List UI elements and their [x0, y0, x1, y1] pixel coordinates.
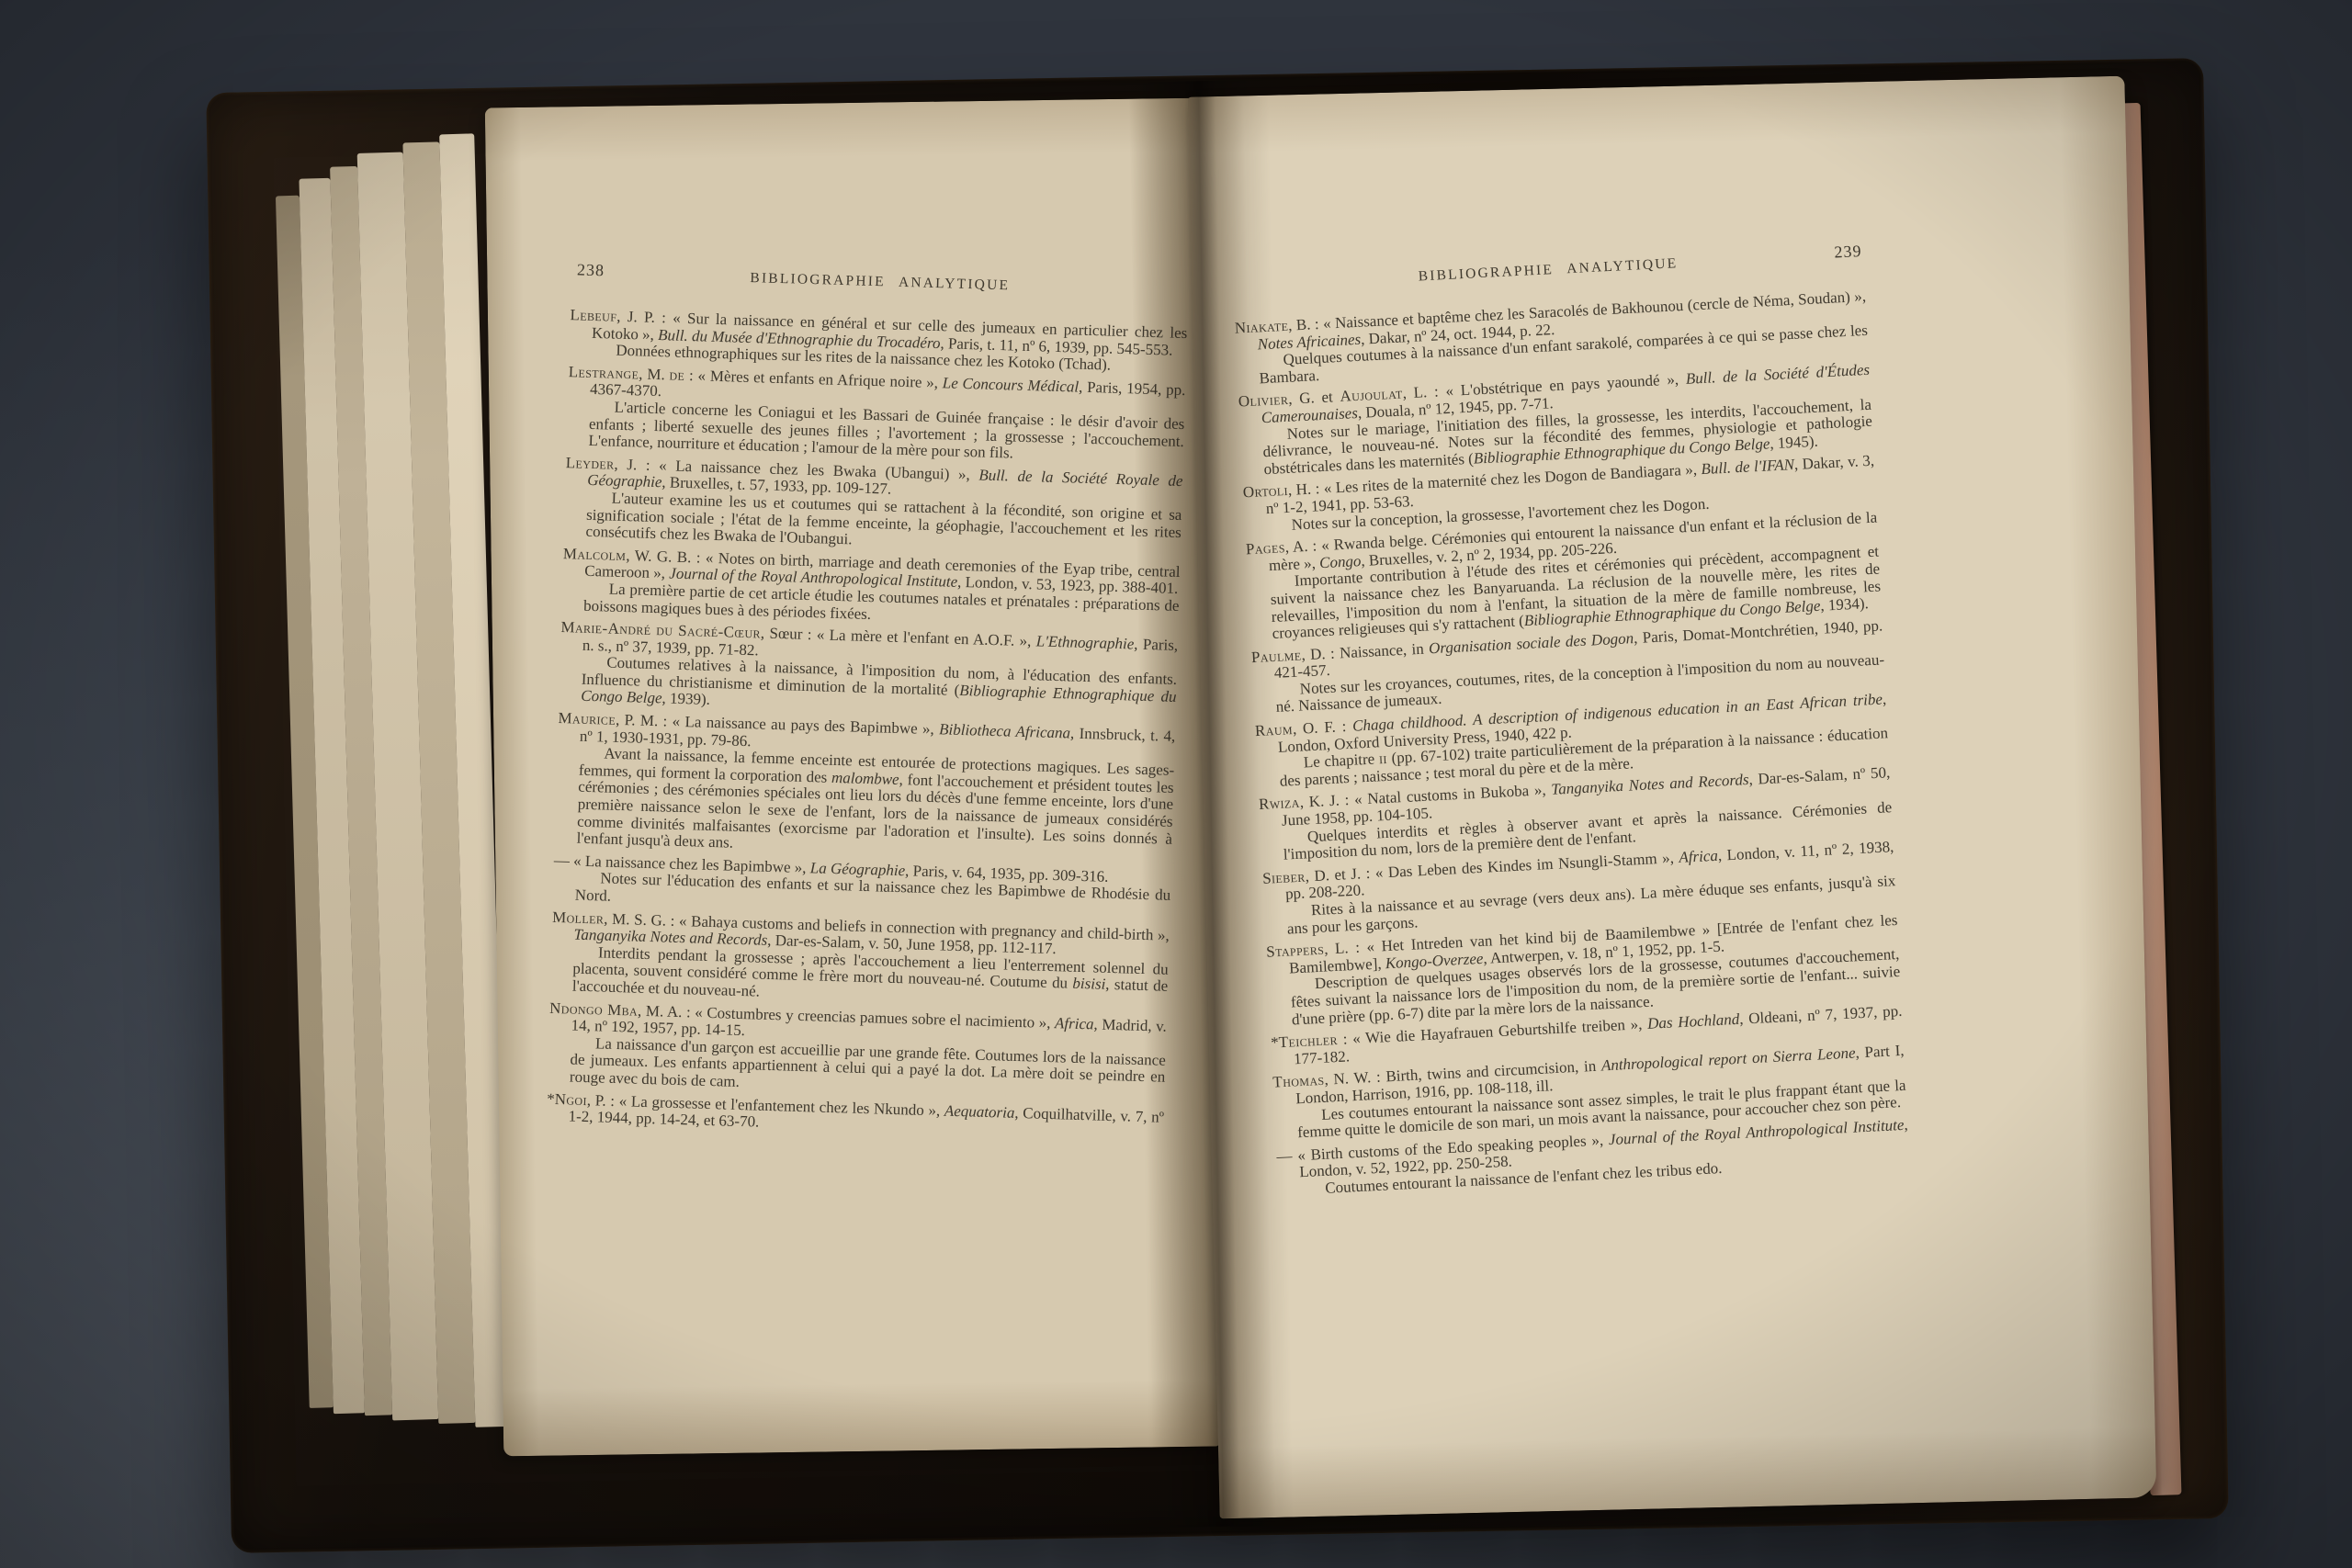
page-header-left: 238 BIBLIOGRAPHIE ANALYTIQUE [571, 265, 1189, 301]
text-run: , 1945). [1770, 432, 1818, 452]
text-run: L'Ethnographie [1036, 632, 1135, 652]
text-run: , D. : Naissance, in [1301, 639, 1430, 663]
text-run: Moller [552, 908, 605, 927]
bibliography-entry: Leyder, J. : « La naissance chez les Bwa… [563, 455, 1182, 558]
running-title-right: BIBLIOGRAPHIE ANALYTIQUE [1232, 246, 1864, 295]
page-header-right: BIBLIOGRAPHIE ANALYTIQUE 239 [1232, 246, 1864, 297]
bibliography-entry: Malcolm, W. G. B. : « Notes on birth, ma… [561, 546, 1181, 632]
photo-background: 238 BIBLIOGRAPHIE ANALYTIQUE Lebeuf, J. … [0, 0, 2352, 1568]
bibliography-entry: Ndongo Mba, M. A. : « Costumbres y creen… [548, 999, 1167, 1103]
running-title-left: BIBLIOGRAPHIE ANALYTIQUE [571, 265, 1189, 300]
text-run: Das Hochland [1647, 1010, 1740, 1032]
text-run: Ngoi [554, 1090, 587, 1109]
text-run: , 1934). [1820, 594, 1869, 615]
bibliography-list-right: Niakate, B. : « Naissance et baptême che… [1234, 288, 1910, 1200]
page-number-right: 239 [1834, 243, 1862, 261]
text-run: Tanganyika Notes and Records [1551, 771, 1749, 798]
text-run: Malcolm [563, 545, 627, 564]
text-run: Bull. de l'IFAN [1701, 456, 1794, 478]
text-run: Maurice [558, 709, 616, 728]
text-run: Leyder [566, 454, 615, 473]
text-run: Africa [1679, 847, 1718, 866]
page-right-text: BIBLIOGRAPHIE ANALYTIQUE 239 Niakate, B.… [1232, 246, 1910, 1205]
entry-annotation: Avant la naissance, la femme enceinte es… [554, 744, 1174, 864]
bibliography-entry: Lestrange, M. de : « Mères et enfants en… [566, 364, 1185, 468]
page-right: BIBLIOGRAPHIE ANALYTIQUE 239 Niakate, B.… [1188, 76, 2157, 1519]
text-run: : « Mères et enfants en Afrique noire », [684, 367, 943, 391]
page-edges-left [274, 131, 518, 1445]
bibliography-entry: Marie-André du Sacré-Cœur, Sœur : « La m… [559, 619, 1178, 723]
bibliography-list-left: Lebeuf, J. P. : « Sur la naissance en gé… [546, 307, 1187, 1143]
page-left: 238 BIBLIOGRAPHIE ANALYTIQUE Lebeuf, J. … [485, 98, 1219, 1457]
text-run: Aequatoria [944, 1101, 1015, 1121]
text-run: Le Concours Médical [943, 374, 1080, 395]
bibliography-entry: Moller, M. S. G. : « Bahaya customs and … [550, 908, 1170, 1012]
text-run: bisisi [1072, 975, 1105, 993]
bibliography-entry: Maurice, P. M. : « La naissance au pays … [554, 710, 1175, 865]
text-run: , Sœur : « La mère et l'enfant en A.O.F.… [761, 625, 1036, 650]
text-run: , M. [639, 365, 670, 383]
text-run: Ndongo Mba [549, 998, 638, 1019]
text-run: Lebeuf [570, 306, 616, 324]
text-run: Lestrange [568, 363, 639, 382]
text-run: de [669, 366, 684, 383]
text-run: Africa [1055, 1014, 1094, 1032]
text-run: , 1939). [661, 690, 710, 709]
page-left-text: 238 BIBLIOGRAPHIE ANALYTIQUE Lebeuf, J. … [546, 265, 1189, 1148]
text-run: Bibliotheca Africana [939, 720, 1070, 741]
